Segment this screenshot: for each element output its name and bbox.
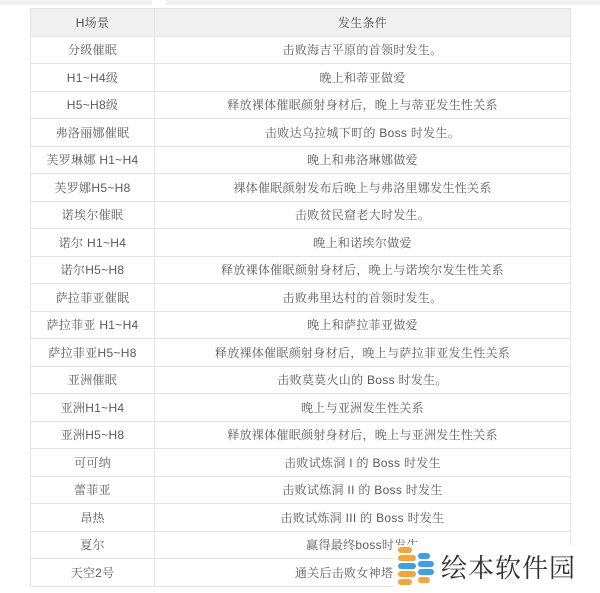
condition-cell: 晚上和诺埃尔做爱 [155, 229, 570, 256]
table-row: 亚洲催眠 击败莫莫火山的 Boss 时发生。 [31, 367, 570, 395]
table-row: 亚洲H5~H8 释放裸体催眠颜射身材后，晚上与亚洲发生性关系 [31, 422, 570, 450]
scene-cell: 芙罗娜H5~H8 [31, 174, 155, 201]
condition-cell: 击败弗里达村的首领时发生。 [155, 284, 570, 311]
table-body: 分级催眠 击败海吉平原的首领时发生。 H1~H4级 晚上和蒂亚做爱 H5~H8级… [31, 37, 570, 587]
watermark-logo-icon [398, 547, 434, 585]
scene-cell: 亚洲H5~H8 [31, 422, 155, 449]
table-row: 亚洲H1~H4 晚上与亚洲发生性关系 [31, 394, 570, 422]
top-edge-fragment-left [0, 0, 152, 5]
condition-cell: 击败试炼洞 III 的 Boss 时发生 [155, 504, 570, 531]
condition-cell: 晚上和蒂亚做爱 [155, 64, 570, 91]
table-row: 诺埃尔催眠 击败贫民窟老大时发生。 [31, 202, 570, 230]
scene-cell: H1~H4级 [31, 64, 155, 91]
scene-cell: 诺尔H5~H8 [31, 257, 155, 284]
scene-cell: 可可纳 [31, 449, 155, 476]
scene-cell: 萨拉菲亚 H1~H4 [31, 312, 155, 339]
scene-cell: 萨拉菲亚H5~H8 [31, 339, 155, 366]
table-row: 萨拉菲亚 H1~H4 晚上和萨拉菲亚做爱 [31, 312, 570, 340]
table-row: 萨拉菲亚H5~H8 释放裸体催眠颜射身材后，晚上与萨拉菲亚发生性关系 [31, 339, 570, 367]
condition-cell: 击败达乌拉城下町的 Boss 时发生。 [155, 119, 570, 146]
scene-cell: 天空2号 [31, 559, 155, 586]
scene-cell: 分级催眠 [31, 37, 155, 64]
table-row: 昂热 击败试炼洞 III 的 Boss 时发生 [31, 504, 570, 532]
condition-cell: 释放裸体催眠颜射身材后，晚上与诺埃尔发生性关系 [155, 257, 570, 284]
h-scene-condition-table: H场景 发生条件 分级催眠 击败海吉平原的首领时发生。 H1~H4级 晚上和蒂亚… [30, 8, 571, 587]
page: H场景 发生条件 分级催眠 击败海吉平原的首领时发生。 H1~H4级 晚上和蒂亚… [0, 0, 600, 593]
table-row: 弗洛丽娜催眠 击败达乌拉城下町的 Boss 时发生。 [31, 119, 570, 147]
top-edge-fragment-right [166, 0, 600, 5]
logo-right-column [418, 553, 434, 583]
header-condition-column: 发生条件 [155, 9, 570, 36]
condition-cell: 击败莫莫火山的 Boss 时发生。 [155, 367, 570, 394]
condition-cell: 裸体催眠颜射发布后晚上与弗洛里娜发生性关系 [155, 174, 570, 201]
table-header-row: H场景 发生条件 [31, 9, 570, 37]
table-row: 诺尔H5~H8 释放裸体催眠颜射身材后，晚上与诺埃尔发生性关系 [31, 257, 570, 285]
scene-cell: 芙罗琳娜 H1~H4 [31, 147, 155, 174]
site-watermark: 绘本软件园 [394, 545, 580, 589]
scene-cell: 萨拉菲亚催眠 [31, 284, 155, 311]
condition-cell: 释放裸体催眠颜射身材后，晚上与亚洲发生性关系 [155, 422, 570, 449]
condition-cell: 击败海吉平原的首领时发生。 [155, 37, 570, 64]
scene-cell: 亚洲催眠 [31, 367, 155, 394]
table-row: 蕾菲亚 击败试炼洞 II 的 Boss 时发生 [31, 477, 570, 505]
table-row: H5~H8级 释放裸体催眠颜射身材后，晚上与蒂亚发生性关系 [31, 92, 570, 120]
scene-cell: 弗洛丽娜催眠 [31, 119, 155, 146]
scene-cell: 亚洲H1~H4 [31, 394, 155, 421]
table-row: 诺尔 H1~H4 晚上和诺埃尔做爱 [31, 229, 570, 257]
condition-cell: 击败贫民窟老大时发生。 [155, 202, 570, 229]
condition-cell: 晚上和弗洛琳娜做爱 [155, 147, 570, 174]
scene-cell: 夏尔 [31, 532, 155, 559]
scene-cell: 昂热 [31, 504, 155, 531]
table-row: 芙罗琳娜 H1~H4 晚上和弗洛琳娜做爱 [31, 147, 570, 175]
condition-cell: 释放裸体催眠颜射身材后，晚上与蒂亚发生性关系 [155, 92, 570, 119]
table-row: 分级催眠 击败海吉平原的首领时发生。 [31, 37, 570, 65]
table-row: H1~H4级 晚上和蒂亚做爱 [31, 64, 570, 92]
table-row: 萨拉菲亚催眠 击败弗里达村的首领时发生。 [31, 284, 570, 312]
scene-cell: 诺埃尔催眠 [31, 202, 155, 229]
scene-cell: 诺尔 H1~H4 [31, 229, 155, 256]
condition-cell: 释放裸体催眠颜射身材后，晚上与萨拉菲亚发生性关系 [155, 339, 570, 366]
scene-cell: H5~H8级 [31, 92, 155, 119]
condition-cell: 晚上和萨拉菲亚做爱 [155, 312, 570, 339]
scene-cell: 蕾菲亚 [31, 477, 155, 504]
table-row: 可可纳 击败试炼洞 I 的 Boss 时发生 [31, 449, 570, 477]
condition-cell: 击败试炼洞 I 的 Boss 时发生 [155, 449, 570, 476]
header-scene-column: H场景 [31, 9, 155, 36]
logo-left-column [398, 547, 416, 585]
watermark-text: 绘本软件园 [441, 548, 576, 585]
table-row: 芙罗娜H5~H8 裸体催眠颜射发布后晚上与弗洛里娜发生性关系 [31, 174, 570, 202]
condition-cell: 晚上与亚洲发生性关系 [155, 394, 570, 421]
condition-cell: 击败试炼洞 II 的 Boss 时发生 [155, 477, 570, 504]
